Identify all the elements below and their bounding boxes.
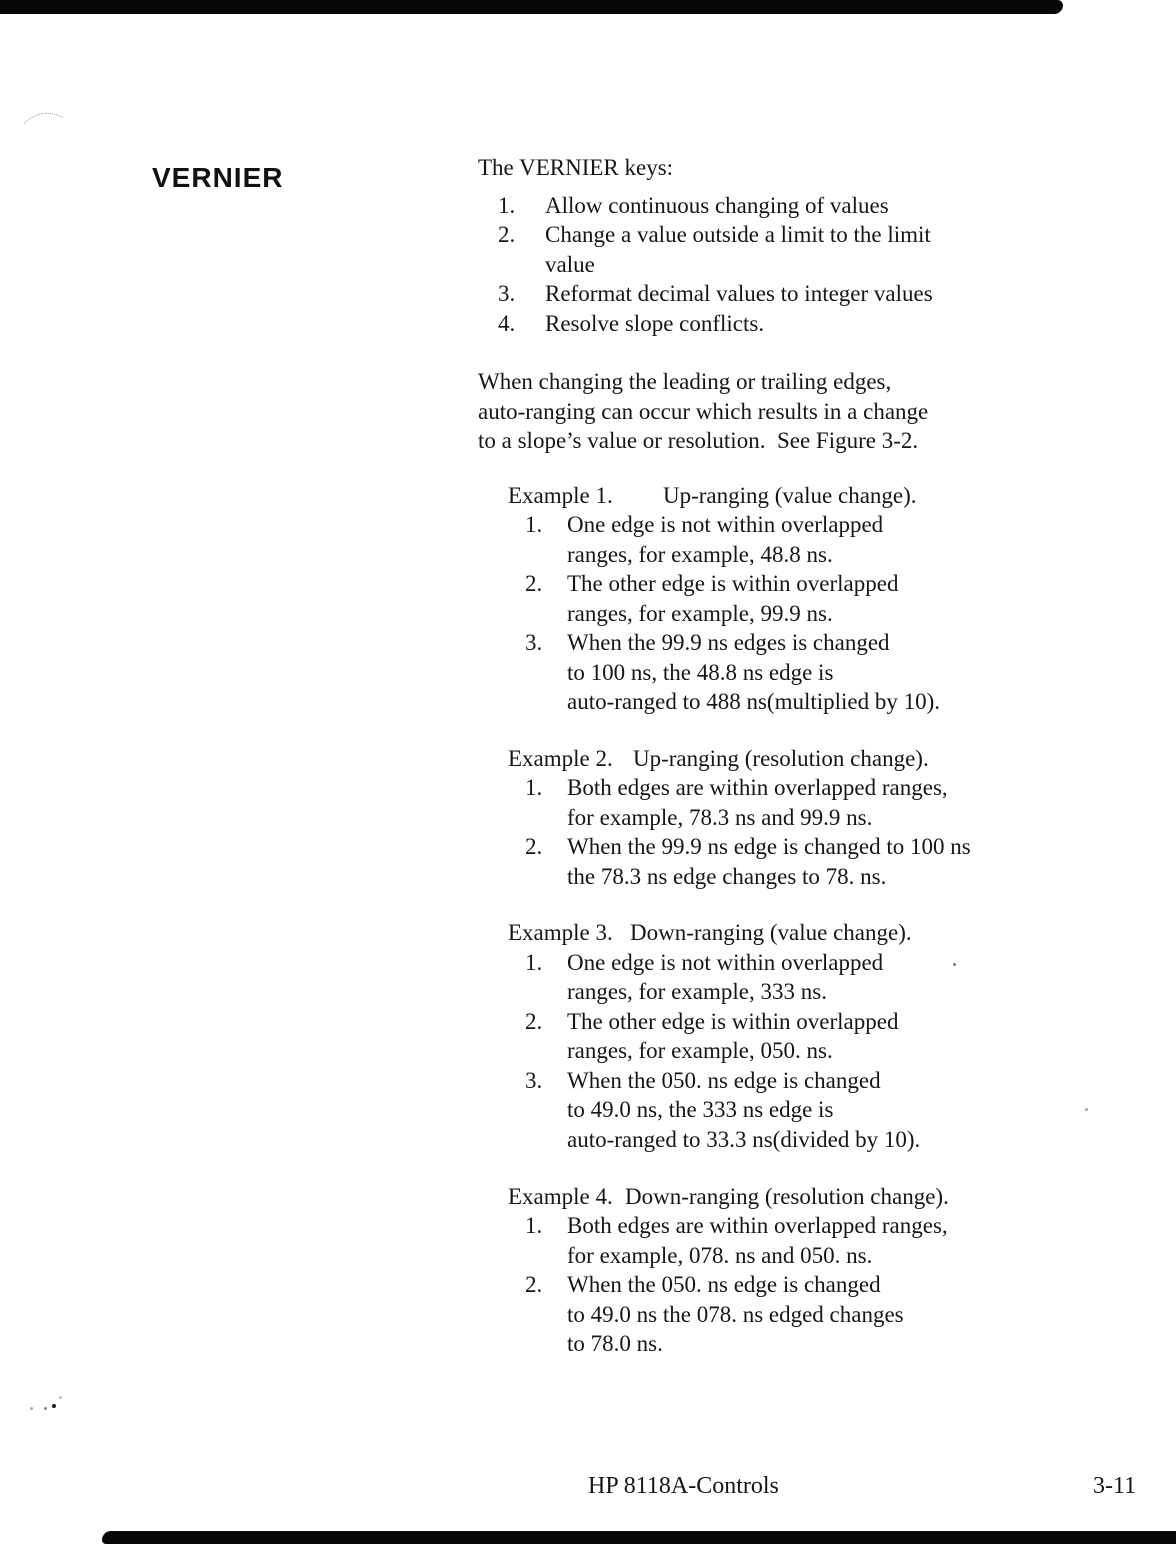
list-item-text: One edge is not within overlapped [567,510,1038,540]
example-1: Example 1. Up-ranging (value change). 1.… [478,481,1038,717]
example-2-list: 1. Both edges are within overlapped rang… [478,773,1038,891]
paragraph-line: auto-ranging can occur which results in … [478,397,1038,427]
list-item-text: One edge is not within overlapped [567,948,1038,978]
list-item-text: for example, 78.3 ns and 99.9 ns. [567,803,1038,833]
list-item: 1. Allow continuous changing of values [478,191,1038,221]
list-item-text: Allow continuous changing of values [545,193,889,218]
list-item-text: to 49.0 ns, the 333 ns edge is [567,1095,1038,1125]
footer-document-title: HP 8118A-Controls [588,1472,779,1501]
list-item: 3. Reformat decimal values to integer va… [478,279,1038,309]
list-item: 2. When the 99.9 ns edge is changed to 1… [478,832,1038,891]
list-item-text: to 49.0 ns the 078. ns edged changes [567,1300,1038,1330]
example-1-list: 1. One edge is not within overlapped ran… [478,510,1038,717]
list-item: 3. When the 050. ns edge is changed to 4… [478,1066,1038,1155]
list-item-text: The other edge is within overlapped [567,569,1038,599]
list-item-text: Reformat decimal values to integer value… [545,281,933,306]
autoranging-paragraph: When changing the leading or trailing ed… [478,367,1038,456]
scanned-manual-page: VERNIER The VERNIER keys: 1. Allow conti… [0,0,1176,1544]
list-item-text: When the 99.9 ns edge is changed to 100 … [567,832,1038,862]
list-item-text: Resolve slope conflicts. [545,311,764,336]
list-item: 1. Both edges are within overlapped rang… [478,773,1038,832]
list-item-number: 1. [525,948,567,1007]
list-item-text: to 100 ns, the 48.8 ns edge is [567,658,1038,688]
list-item-number: 1. [498,191,545,221]
list-item: 2. The other edge is within overlapped r… [478,1007,1038,1066]
example-2: Example 2. Up-ranging (resolution change… [478,744,1038,892]
list-item-text: When the 050. ns edge is changed [567,1066,1038,1096]
scan-artifact-top-bar [0,0,1063,14]
scan-artifact-speck [44,1407,47,1410]
list-item-text: ranges, for example, 99.9 ns. [567,599,1038,629]
example-title: Down-ranging (resolution change). [625,1182,949,1212]
list-item: 4. Resolve slope conflicts. [478,309,1038,339]
example-title: Down-ranging (value change). [630,918,912,948]
scan-artifact-arc [15,109,78,165]
section-heading: VERNIER [152,164,283,192]
list-item: 1. One edge is not within overlapped ran… [478,510,1038,569]
list-item-number: 2. [525,1270,567,1359]
list-item-text: Both edges are within overlapped ranges, [567,1211,1038,1241]
list-item-number: 4. [498,309,545,339]
list-item-text: the 78.3 ns edge changes to 78. ns. [567,862,1038,892]
scan-artifact-speck [59,1396,62,1399]
list-item-text: ranges, for example, 48.8 ns. [567,540,1038,570]
example-label: Example 3. [508,918,613,948]
list-item-text: for example, 078. ns and 050. ns. [567,1241,1038,1271]
list-item-number: 3. [525,628,567,717]
list-item: 2. Change a value outside a limit to the… [478,220,1038,279]
example-label: Example 4. [508,1182,613,1212]
scan-artifact-speck [1085,1108,1088,1111]
vernier-keys-list: 1. Allow continuous changing of values 2… [478,191,1038,339]
example-4-list: 1. Both edges are within overlapped rang… [478,1211,1038,1359]
example-3: Example 3. Down-ranging (value change). … [478,918,1038,1154]
list-item-text: The other edge is within overlapped [567,1007,1038,1037]
list-item-number: 2. [498,220,545,279]
content-column: The VERNIER keys: 1. Allow continuous ch… [478,153,1038,1359]
example-label: Example 2. [508,744,613,774]
list-item-text: Change a value outside a limit to the li… [545,220,1038,250]
list-item-number: 2. [525,832,567,891]
list-item-number: 1. [525,773,567,832]
footer-page-number: 3-11 [1093,1472,1136,1501]
example-4: Example 4. Down-ranging (resolution chan… [478,1182,1038,1359]
list-item-number: 2. [525,569,567,628]
scan-artifact-speck [52,1404,56,1408]
example-3-list: 1. One edge is not within overlapped ran… [478,948,1038,1155]
paragraph-line: to a slope’s value or resolution. See Fi… [478,426,1038,456]
list-item-text: When the 050. ns edge is changed [567,1270,1038,1300]
list-item-number: 3. [498,279,545,309]
paragraph-line: When changing the leading or trailing ed… [478,367,1038,397]
list-item-number: 2. [525,1007,567,1066]
list-item-text: ranges, for example, 333 ns. [567,977,1038,1007]
list-item-text: auto-ranged to 33.3 ns(divided by 10). [567,1125,1038,1155]
list-item-text: When the 99.9 ns edges is changed [567,628,1038,658]
example-title: Up-ranging (resolution change). [633,744,929,774]
list-item: 1. Both edges are within overlapped rang… [478,1211,1038,1270]
intro-lead: The VERNIER keys: [478,153,1038,183]
example-title: Up-ranging (value change). [663,481,917,511]
list-item-text: ranges, for example, 050. ns. [567,1036,1038,1066]
list-item-number: 3. [525,1066,567,1155]
list-item-text: Both edges are within overlapped ranges, [567,773,1038,803]
list-item: 3. When the 99.9 ns edges is changed to … [478,628,1038,717]
list-item-text: value [545,250,1038,280]
list-item: 2. When the 050. ns edge is changed to 4… [478,1270,1038,1359]
list-item-number: 1. [525,1211,567,1270]
scan-artifact-speck [30,1407,33,1410]
scan-artifact-bottom-bar [102,1531,1176,1544]
list-item-number: 1. [525,510,567,569]
example-label: Example 1. [508,481,613,511]
list-item-text: to 78.0 ns. [567,1329,1038,1359]
list-item-text: auto-ranged to 488 ns(multiplied by 10). [567,687,1038,717]
list-item: 2. The other edge is within overlapped r… [478,569,1038,628]
list-item: 1. One edge is not within overlapped ran… [478,948,1038,1007]
